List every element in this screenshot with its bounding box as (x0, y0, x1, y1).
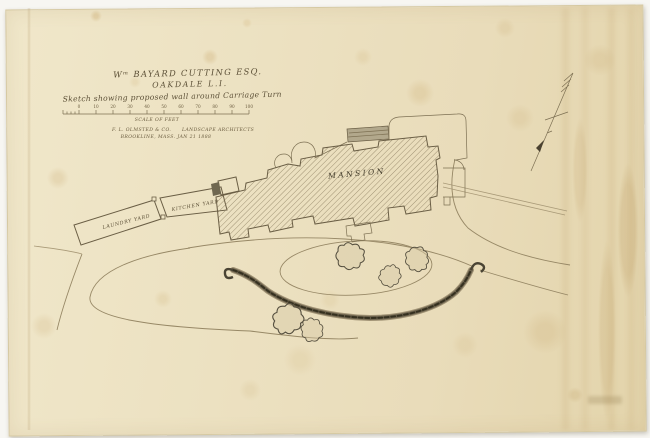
scale-tick-label: 50 (161, 104, 167, 109)
tree (334, 241, 367, 273)
scale-tick-label: 0 (78, 104, 81, 109)
mansion: MANSION (211, 114, 467, 242)
scale-tick-label: 10 (93, 104, 99, 109)
tree (403, 245, 430, 274)
scale-tick-label: 40 (144, 104, 150, 109)
scale-bar: 0 10 20 30 40 50 60 70 80 90 100 SCALE O… (63, 104, 253, 123)
drive-left-edge (57, 254, 82, 330)
service-yards: LAUNDRY YARD KITCHEN YARD (74, 187, 227, 245)
credit-date: BROOKLINE, MASS. JAN 21 1888 (120, 134, 212, 140)
terrace-steps (347, 126, 389, 142)
scale-tick-label: 90 (229, 104, 235, 109)
scale-tick-label: 100 (245, 104, 253, 109)
corner-smudge (588, 396, 622, 404)
scale-tick-label: 30 (127, 104, 133, 109)
title-owner: Wᵐ BAYARD CUTTING ESQ. (113, 66, 262, 79)
east-porch (443, 160, 465, 205)
drive-north-edge (188, 238, 474, 267)
title-description: Sketch showing proposed wall around Carr… (63, 90, 282, 104)
title-location: OAKDALE L.I. (152, 79, 228, 90)
drive-exit-lower-edge (480, 270, 568, 295)
yard-gate-post (152, 197, 156, 201)
tree (375, 261, 405, 291)
drive-left-entry (34, 246, 82, 254)
scale-tick-label: 80 (212, 104, 218, 109)
proposed-wall (225, 263, 484, 318)
scale-tick-label: 20 (110, 104, 116, 109)
mansion-footprint (216, 136, 440, 240)
wall-scroll-left (225, 269, 233, 278)
credit-firm: F. L. OLMSTED & CO. (111, 127, 171, 133)
yard-gate-post (161, 215, 165, 219)
kitchen-yard-label: KITCHEN YARD (170, 199, 219, 213)
footpath (443, 183, 567, 215)
north-arrow-icon (531, 73, 573, 171)
title-block: Wᵐ BAYARD CUTTING ESQ. OAKDALE L.I. Sket… (62, 66, 282, 104)
trees (267, 241, 430, 344)
credit-role: LANDSCAPE ARCHITECTS (181, 127, 254, 133)
plan-drawing: Wᵐ BAYARD CUTTING ESQ. OAKDALE L.I. Sket… (0, 0, 650, 438)
scale-tick-label: 70 (195, 104, 201, 109)
scale-of-feet-label: SCALE OF FEET (135, 117, 180, 123)
laundry-yard-label: LAUNDRY YARD (101, 213, 151, 231)
scale-tick-label: 60 (178, 104, 184, 109)
west-porch-block (211, 182, 221, 196)
credit-block: F. L. OLMSTED & CO. LANDSCAPE ARCHITECTS… (111, 127, 254, 140)
scanned-plan: Wᵐ BAYARD CUTTING ESQ. OAKDALE L.I. Sket… (0, 0, 650, 438)
